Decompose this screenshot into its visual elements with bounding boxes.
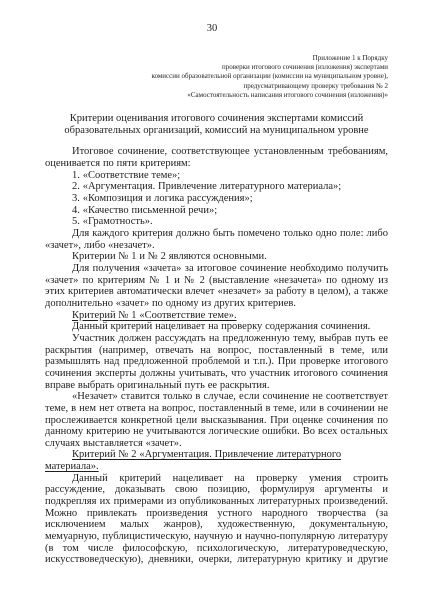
criterion-heading: Критерий № 2 «Аргументация. Привлечение … xyxy=(45,449,388,472)
annex-line: проверки итогового сочинения (изложения)… xyxy=(110,63,388,72)
list-item: 5. «Грамотность». xyxy=(45,216,388,228)
document-page: 30 Приложение 1 к Порядкупроверки итогов… xyxy=(0,0,424,600)
list-item: 1. «Соответствие теме»; xyxy=(45,170,388,182)
criterion-heading: Критерий № 1 «Соответствие теме». xyxy=(45,310,388,322)
paragraph: Итоговое сочинение, соответствующее уста… xyxy=(45,146,388,169)
annex-block: Приложение 1 к Порядкупроверки итогового… xyxy=(110,54,388,100)
annex-line: предусматривающему проверку требования №… xyxy=(110,82,388,91)
annex-line: Приложение 1 к Порядку xyxy=(110,54,388,63)
title-line: Критерии оценивания итогового сочинения … xyxy=(45,113,388,125)
paragraph: Данный критерий нацеливает на проверку с… xyxy=(45,321,388,333)
list-item: 4. «Качество письменной речи»; xyxy=(45,205,388,217)
paragraph: Для каждого критерия должно быть помечен… xyxy=(45,228,388,251)
paragraph: Для получения «зачета» за итоговое сочин… xyxy=(45,263,388,310)
title-line: образовательных организаций, комиссий на… xyxy=(45,125,388,137)
annex-line: комиссии образовательной организации (ко… xyxy=(110,72,388,81)
paragraph: Критерии № 1 и № 2 являются основными. xyxy=(45,251,388,263)
list-item: 2. «Аргументация. Привлечение литературн… xyxy=(45,181,388,193)
document-body: Итоговое сочинение, соответствующее уста… xyxy=(45,146,388,566)
list-item: 3. «Композиция и логика рассуждения»; xyxy=(45,193,388,205)
paragraph: Участник должен рассуждать на предложенн… xyxy=(45,333,388,391)
document-title: Критерии оценивания итогового сочинения … xyxy=(45,113,388,137)
page-number: 30 xyxy=(0,0,424,34)
paragraph-continued: Данный критерий нацеливает на проверку у… xyxy=(45,473,388,566)
annex-line: «Самостоятельность написания итогового с… xyxy=(110,91,388,100)
paragraph: «Незачет» ставится только в случае, если… xyxy=(45,391,388,449)
